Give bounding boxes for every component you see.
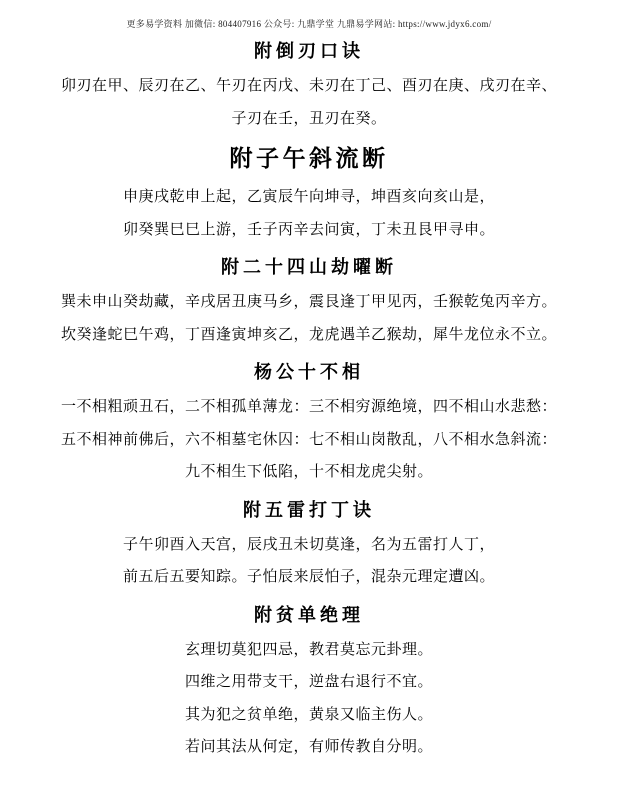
- text-line: 若问其法从何定，有师传教自分明。: [0, 731, 618, 764]
- section-title: 附贫单绝理: [0, 603, 618, 627]
- text-line: 五不相神前佛后，六不相墓宅休囚：七不相山岗散乱，八不相水急斜流：: [0, 424, 618, 457]
- section-title: 附倒刃口诀: [0, 39, 618, 63]
- section-title: 附二十四山劫曜断: [0, 255, 618, 279]
- document-page: 更多易学资料 加微信: 804407916 公众号: 九鼎学堂 九鼎易学网站: …: [0, 0, 618, 802]
- text-line: 卯刃在甲、辰刃在乙、午刃在丙戊、未刃在丁己、酉刃在庚、戌刃在辛、: [0, 70, 618, 103]
- section-yanggong-shibuxiang: 杨公十不相 一不相粗顽丑石，二不相孤单薄龙：三不相穷源绝境，四不相山水悲愁： 五…: [0, 360, 618, 489]
- text-line: 巽未申山癸劫藏，辛戌居丑庚马乡，震艮逢丁甲见丙，壬猴乾兔丙辛方。: [0, 286, 618, 319]
- section-ershisishan-jieyao-duan: 附二十四山劫曜断 巽未申山癸劫藏，辛戌居丑庚马乡，震艮逢丁甲见丙，壬猴乾兔丙辛方…: [0, 255, 618, 351]
- text-line: 四维之用带支干，逆盘右退行不宜。: [0, 666, 618, 699]
- text-line: 坎癸逢蛇巳午鸡，丁酉逢寅坤亥乙，龙虎遇羊乙猴劫，犀牛龙位永不立。: [0, 319, 618, 352]
- section-title: 附子午斜流断: [0, 144, 618, 174]
- text-line: 子午卯酉入天宫，辰戌丑未切莫逢，名为五雷打人丁，: [0, 529, 618, 562]
- text-line: 九不相生下低陷，十不相龙虎尖射。: [0, 456, 618, 489]
- section-wulei-dading-jue: 附五雷打丁诀 子午卯酉入天宫，辰戌丑未切莫逢，名为五雷打人丁， 前五后五要知踪。…: [0, 498, 618, 594]
- text-line: 前五后五要知踪。子怕辰来辰怕子，混杂元理定遭凶。: [0, 561, 618, 594]
- text-line: 子刃在壬，丑刃在癸。: [0, 103, 618, 136]
- section-pindan-jueli: 附贫单绝理 玄理切莫犯四忌，教君莫忘元卦理。 四维之用带支干，逆盘右退行不宜。 …: [0, 603, 618, 764]
- section-ziwu-xieliu-duan: 附子午斜流断 申庚戌乾申上起，乙寅辰午向坤寻，坤酉亥向亥山是， 卯癸巽巳巳上游，…: [0, 144, 618, 246]
- text-line: 申庚戌乾申上起，乙寅辰午向坤寻，坤酉亥向亥山是，: [0, 181, 618, 214]
- text-line: 玄理切莫犯四忌，教君莫忘元卦理。: [0, 634, 618, 667]
- section-title: 杨公十不相: [0, 360, 618, 384]
- page-header-note: 更多易学资料 加微信: 804407916 公众号: 九鼎学堂 九鼎易学网站: …: [0, 18, 618, 30]
- text-line: 一不相粗顽丑石，二不相孤单薄龙：三不相穷源绝境，四不相山水悲愁：: [0, 391, 618, 424]
- section-title: 附五雷打丁诀: [0, 498, 618, 522]
- text-line: 其为犯之贫单绝，黄泉又临主伤人。: [0, 699, 618, 732]
- section-daoren-koujue: 附倒刃口诀 卯刃在甲、辰刃在乙、午刃在丙戊、未刃在丁己、酉刃在庚、戌刃在辛、 子…: [0, 39, 618, 135]
- text-line: 卯癸巽巳巳上游，壬子丙辛去问寅，丁未丑艮甲寻申。: [0, 214, 618, 247]
